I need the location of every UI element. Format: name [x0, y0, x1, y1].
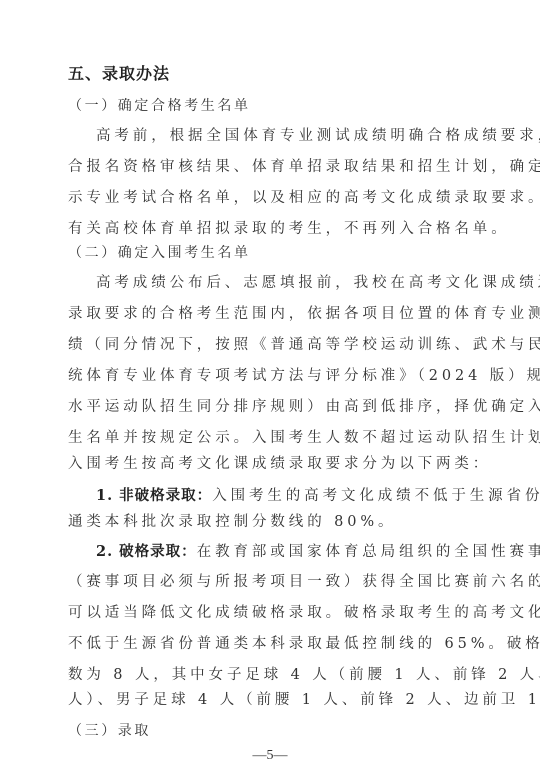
list-item-2: 2. 破格录取：在教育部或国家体育总局组织的全国性赛事中 [96, 542, 540, 562]
subsection-3-heading: （三）录取 [68, 721, 151, 741]
paragraph-line: 通类本科批次录取控制分数线的 80%。 [68, 512, 396, 532]
paragraph-line: 生名单并按规定公示。入围考生人数不超过运动队招生计划数。 [68, 428, 540, 448]
list-item-1-label: 1. 非破格录取： [96, 487, 212, 504]
paragraph-line: 入围考生按高考文化课成绩录取要求分为以下两类： [68, 454, 491, 474]
paragraph-line: 高考前，根据全国体育专业测试成绩明确合格成绩要求，结 [96, 126, 540, 146]
paragraph-line: 水平运动队招生同分排序规则）由高到低排序，择优确定入围考 [68, 397, 540, 417]
list-item-2-text: 在教育部或国家体育总局组织的全国性赛事中 [197, 544, 540, 560]
document-page: 五、录取办法 （一）确定合格考生名单 高考前，根据全国体育专业测试成绩明确合格成… [0, 0, 540, 764]
list-item-1-text: 入围考生的高考文化成绩不低于生源省份普 [212, 488, 540, 504]
paragraph-line: 录取要求的合格考生范围内，依据各项目位置的体育专业测试成 [68, 304, 540, 324]
paragraph-line: 合报名资格审核结果、体育单招录取结果和招生计划，确定并公 [68, 157, 540, 177]
page-number: —5— [0, 748, 540, 764]
list-item-2-label: 2. 破格录取： [96, 543, 197, 560]
section-title: 五、录取办法 [68, 64, 170, 84]
paragraph-line: 可以适当降低文化成绩破格录取。破格录取考生的高考文化成绩 [68, 603, 540, 623]
subsection-1-heading: （一）确定合格考生名单 [68, 96, 251, 116]
paragraph-line: 人）、男子足球 4 人（前腰 1 人、前锋 2 人、边前卫 1 人）。 [68, 690, 540, 710]
paragraph-line: 示专业考试合格名单，以及相应的高考文化成绩录取要求。已被 [68, 188, 540, 208]
paragraph-line: 绩（同分情况下，按照《普通高等学校运动训练、武术与民族传 [68, 335, 540, 355]
subsection-2-heading: （二）确定入围考生名单 [68, 243, 251, 263]
paragraph-line: 高考成绩公布后、志愿填报前，我校在高考文化课成绩达到 [96, 273, 540, 293]
list-item-1: 1. 非破格录取：入围考生的高考文化成绩不低于生源省份普 [96, 486, 540, 506]
paragraph-line: 统体育专业体育专项考试方法与评分标准》（2024 版）规定的高 [68, 366, 540, 386]
paragraph-line: 不低于生源省份普通类本科录取最低控制线的 65%。破格录取人 [68, 634, 540, 654]
paragraph-line: 数为 8 人，其中女子足球 4 人（前腰 1 人、前锋 2 人、边前卫 1 [68, 665, 540, 685]
paragraph-line: （赛事项目必须与所报考项目一致）获得全国比赛前六名的队员， [68, 572, 540, 592]
paragraph-line: 有关高校体育单招拟录取的考生，不再列入合格名单。 [68, 219, 510, 239]
